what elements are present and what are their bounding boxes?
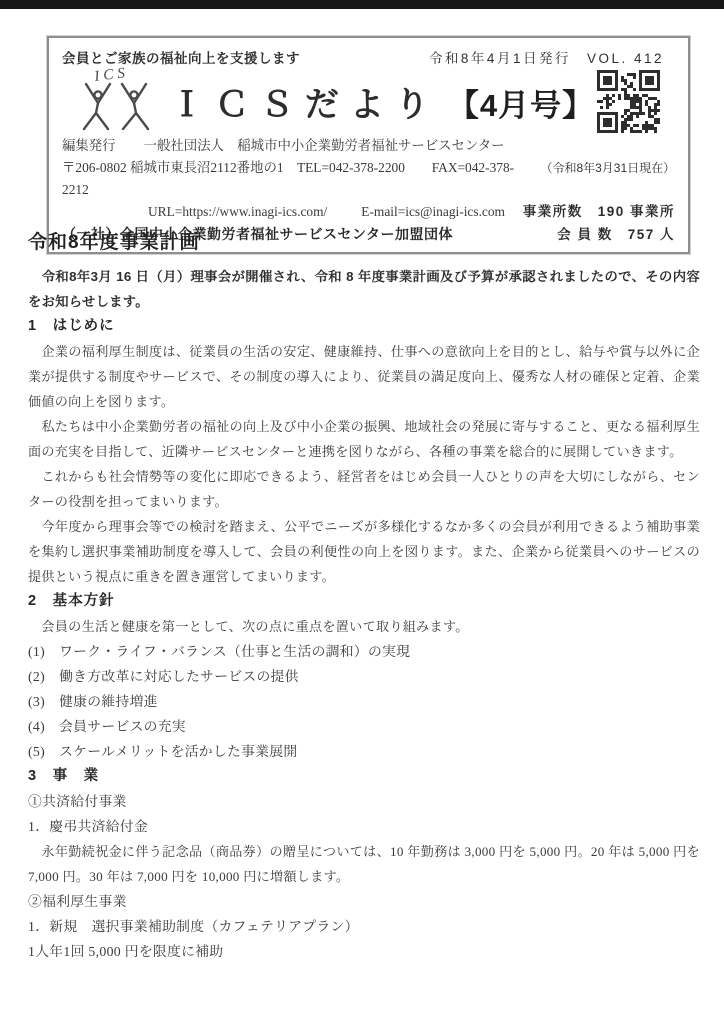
issue-date-volume: 令和8年4月1日発行 VOL. 412 <box>429 47 664 67</box>
article-title: 令和8年度事業計画 <box>28 230 700 256</box>
email-text: E-mail=ics@inagi-ics.com <box>361 201 505 223</box>
policy-list-item: (2) 働き方改革に対応したサービスの提供 <box>28 664 700 689</box>
section-2-heading: 2 基本方針 <box>28 589 700 614</box>
offices-count: 事業所数 190 事業所 <box>523 201 675 223</box>
issue-number-label: 【4月号】 <box>448 88 594 123</box>
subsection-title: ②福利厚生事業 <box>28 889 700 914</box>
publisher-row: 編集発行 一般社団法人 稲城市中小企業勤労者福祉サービスセンター <box>49 135 688 157</box>
policy-list-item: (5) スケールメリットを活かした事業展開 <box>28 739 700 764</box>
publisher-name: 一般社団法人 稲城市中小企業勤労者福祉サービスセンター <box>144 135 505 157</box>
intro-paragraph: 令和8年3月 16 日（月）理事会が開催され、令和 8 年度事業計画及び予算が承… <box>28 264 700 314</box>
as-of-date: （令和8年3月31日現在） <box>540 157 675 179</box>
subsection-item: 1．新規 選択事業補助制度（カフェテリアプラン） <box>28 914 700 939</box>
masthead-box: 会員とご家族の福祉向上を支援します 令和8年4月1日発行 VOL. 412 IC… <box>47 36 690 254</box>
section-2-lead: 会員の生活と健康を第一として、次の点に重点を置いて取り組みます。 <box>28 614 700 639</box>
masthead-title-row: ICS ＩＣＳだより 【4月号】 <box>49 67 688 135</box>
masthead-top-row: 会員とご家族の福祉向上を支援します 令和8年4月1日発行 VOL. 412 <box>49 45 688 67</box>
subsection-item: 1．慶弔共済給付金 <box>28 814 700 839</box>
ics-logo-icon: ICS <box>65 67 167 135</box>
policy-list-item: (4) 会員サービスの充実 <box>28 714 700 739</box>
section-1-paragraph: これからも社会情勢等の変化に即応できるよう、経営者をはじめ会員一人ひとりの声を大… <box>28 464 700 514</box>
newsletter-title-block: ＩＣＳだより 【4月号】 <box>167 77 597 126</box>
policy-list-item: (1) ワーク・ライフ・バランス（仕事と生活の調和）の実現 <box>28 639 700 664</box>
svg-text:ICS: ICS <box>93 67 130 85</box>
qr-code-icon <box>597 70 660 133</box>
contact-links: URL=https://www.inagi-ics.com/ E-mail=ic… <box>62 201 505 223</box>
subsection-title: ①共済給付事業 <box>28 789 700 814</box>
url-text: URL=https://www.inagi-ics.com/ <box>148 201 327 223</box>
publisher-label: 編集発行 <box>62 135 116 157</box>
policy-list-item: (3) 健康の維持増進 <box>28 689 700 714</box>
subsection-paragraph: 1人年1回 5,000 円を限度に補助 <box>28 939 700 964</box>
masthead-tagline: 会員とご家族の福祉向上を支援します <box>62 47 300 67</box>
section-1-paragraph: 今年度から理事会等での検討を踏まえ、公平でニーズが多様化するなか多くの会員が利用… <box>28 514 700 589</box>
article-body: 令和8年度事業計画 令和8年3月 16 日（月）理事会が開催され、令和 8 年度… <box>28 230 700 964</box>
subsection-paragraph: 永年勤続祝金に伴う記念品（商品券）の贈呈については、10 年勤務は 3,000 … <box>28 839 700 889</box>
section-3-heading: 3 事 業 <box>28 764 700 789</box>
newsletter-title: ＩＣＳだより <box>170 87 440 124</box>
section-1-paragraph: 私たちは中小企業勤労者の福祉の向上及び中小企業の振興、地域社会の発展に寄与するこ… <box>28 414 700 464</box>
section-1-heading: 1 はじめに <box>28 314 700 339</box>
scan-edge-artifact <box>0 0 724 9</box>
address-line: 〒206-0802 稲城市東長沼2112番地の1 TEL=042-378-220… <box>62 157 540 201</box>
address-row: 〒206-0802 稲城市東長沼2112番地の1 TEL=042-378-220… <box>49 157 688 201</box>
contact-row: URL=https://www.inagi-ics.com/ E-mail=ic… <box>49 201 688 223</box>
section-1-paragraph: 企業の福利厚生制度は、従業員の生活の安定、健康維持、仕事への意欲向上を目的とし、… <box>28 339 700 414</box>
